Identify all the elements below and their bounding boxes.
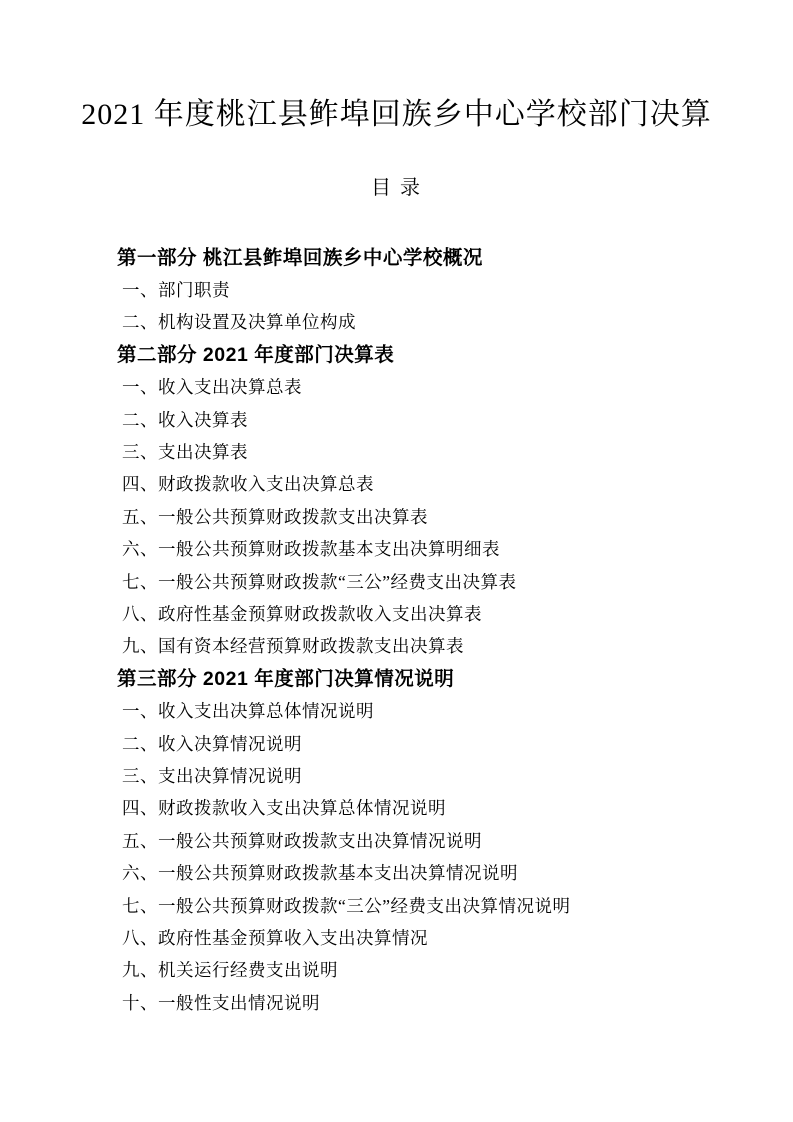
toc-heading: 目 录 bbox=[0, 176, 793, 200]
toc-item: 一、收入支出决算总表 bbox=[117, 371, 733, 403]
toc-item: 五、一般公共预算财政拨款支出决算情况说明 bbox=[117, 825, 733, 857]
toc-item: 二、收入决算表 bbox=[117, 404, 733, 436]
toc-item: 六、一般公共预算财政拨款基本支出决算明细表 bbox=[117, 533, 733, 565]
toc-item: 七、一般公共预算财政拨款“三公”经费支出决算表 bbox=[117, 566, 733, 598]
toc-item: 八、政府性基金预算财政拨款收入支出决算表 bbox=[117, 598, 733, 630]
toc-item: 九、国有资本经营预算财政拨款支出决算表 bbox=[117, 630, 733, 662]
toc-item: 五、一般公共预算财政拨款支出决算表 bbox=[117, 501, 733, 533]
toc-item: 六、一般公共预算财政拨款基本支出决算情况说明 bbox=[117, 857, 733, 889]
document-title: 2021 年度桃江县鲊埠回族乡中心学校部门决算 bbox=[0, 0, 793, 136]
toc-item: 二、机构设置及决算单位构成 bbox=[117, 306, 733, 338]
toc-item: 四、财政拨款收入支出决算总体情况说明 bbox=[117, 792, 733, 824]
document-page: 2021 年度桃江县鲊埠回族乡中心学校部门决算 目 录 第一部分 桃江县鲊埠回族… bbox=[0, 0, 793, 1122]
toc-sections: 第一部分 桃江县鲊埠回族乡中心学校概况一、部门职责二、机构设置及决算单位构成第二… bbox=[117, 242, 733, 1020]
toc-item: 七、一般公共预算财政拨款“三公”经费支出决算情况说明 bbox=[117, 890, 733, 922]
toc-item: 一、收入支出决算总体情况说明 bbox=[117, 695, 733, 727]
toc-section-heading-3: 第三部分 2021 年度部门决算情况说明 bbox=[117, 663, 733, 695]
toc-item: 十、一般性支出情况说明 bbox=[117, 987, 733, 1019]
toc-item: 二、收入决算情况说明 bbox=[117, 728, 733, 760]
toc-item: 三、支出决算表 bbox=[117, 436, 733, 468]
toc-item: 一、部门职责 bbox=[117, 274, 733, 306]
toc-section-heading-1: 第一部分 桃江县鲊埠回族乡中心学校概况 bbox=[117, 242, 733, 274]
toc-item: 三、支出决算情况说明 bbox=[117, 760, 733, 792]
toc-item: 八、政府性基金预算收入支出决算情况 bbox=[117, 922, 733, 954]
toc-item: 四、财政拨款收入支出决算总表 bbox=[117, 468, 733, 500]
toc-item: 九、机关运行经费支出说明 bbox=[117, 954, 733, 986]
toc-section-heading-2: 第二部分 2021 年度部门决算表 bbox=[117, 339, 733, 371]
